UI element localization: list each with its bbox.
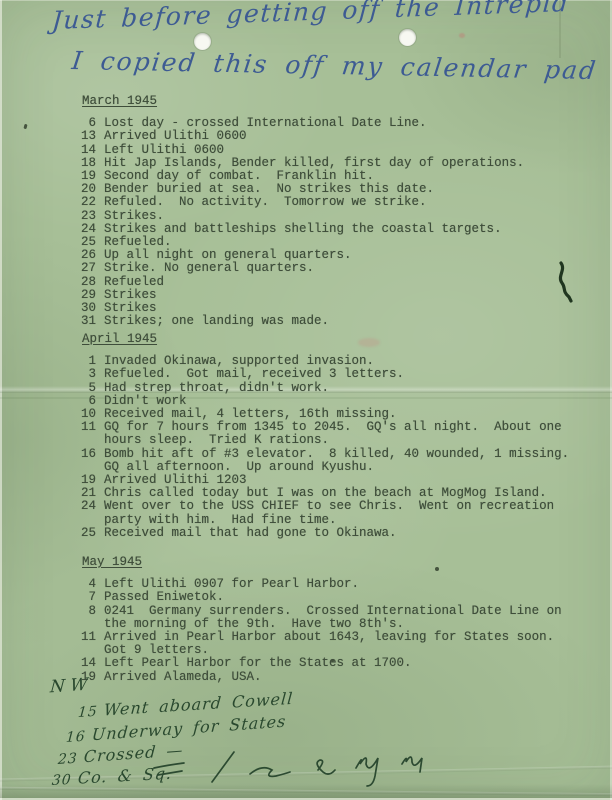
calendar-entry: 24 Went over to the USS CHIEF to see Chr…	[0, 500, 612, 526]
entry-day: 31	[0, 315, 96, 328]
calendar-entry: 13 Arrived Ulithi 0600	[0, 130, 612, 143]
entry-day: 14	[0, 144, 96, 157]
entry-text: GQ for 7 hours from 1345 to 2045. GQ's a…	[104, 421, 612, 447]
calendar-entry: 7 Passed Eniwetok.	[0, 591, 612, 604]
entry-text: Went over to the USS CHIEF to see Chris.…	[104, 500, 612, 526]
entry-list: 1 Invaded Okinawa, supported invasion. 3…	[0, 355, 612, 540]
entry-text: Refuled. No activity. Tomorrow we strike…	[104, 196, 612, 209]
footer-entry-day: 16	[65, 728, 92, 746]
entry-text: Strikes and battleships shelling the coa…	[104, 223, 612, 236]
calendar-entry: 22 Refuled. No activity. Tomorrow we str…	[0, 196, 612, 209]
entry-text: Arrived Alameda, USA.	[104, 671, 612, 684]
entry-text: Arrived in Pearl Harbor about 1643, leav…	[104, 631, 612, 657]
entry-list: 4 Left Ulithi 0907 for Pearl Harbor. 7 P…	[0, 578, 612, 684]
entry-text: Arrived Ulithi 0600	[104, 130, 612, 143]
calendar-entry: 5 Had strep throat, didn't work.	[0, 382, 612, 395]
footer-entry-day: 15	[77, 703, 104, 721]
entry-text: Strikes; one landing was made.	[104, 315, 612, 328]
scanned-diary-page: Just before getting off the Intrepid I c…	[0, 0, 612, 800]
calendar-entry: 8 0241 Germany surrenders. Crossed Inter…	[0, 605, 612, 631]
calendar-entry: 28 Refueled	[0, 276, 612, 289]
entry-text: Strikes.	[104, 210, 612, 223]
handwritten-footer-mark: N W	[49, 675, 88, 698]
entry-day: 27	[0, 262, 96, 275]
entry-text: Received mail that had gone to Okinawa.	[104, 527, 612, 540]
entry-day: 16	[0, 448, 96, 474]
typed-calendar-content: March 1945 6 Lost day - crossed Internat…	[0, 0, 612, 800]
entry-text: Strike. No general quarters.	[104, 262, 612, 275]
calendar-entry: 31 Strikes; one landing was made.	[0, 315, 612, 328]
month-section: May 1945 4 Left Ulithi 0907 for Pearl Ha…	[0, 556, 612, 684]
entry-day: 22	[0, 196, 96, 209]
calendar-entry: 25 Received mail that had gone to Okinaw…	[0, 527, 612, 540]
entry-day: 8	[0, 605, 96, 631]
month-heading: March 1945	[82, 95, 612, 108]
entry-text: Left Ulithi 0600	[104, 144, 612, 157]
entry-day: 24	[0, 500, 96, 526]
illegible-ink-scrawl	[150, 742, 450, 800]
month-heading: April 1945	[82, 333, 612, 346]
entry-day: 25	[0, 527, 96, 540]
calendar-entry: 14 Left Ulithi 0600	[0, 144, 612, 157]
entry-day: 3	[0, 368, 96, 381]
entry-day: 23	[0, 210, 96, 223]
entry-text: Bomb hit aft of #3 elevator. 8 killed, 4…	[104, 448, 612, 474]
entry-list: 6 Lost day - crossed International Date …	[0, 117, 612, 328]
month-heading: May 1945	[82, 556, 612, 569]
entry-day: 11	[0, 421, 96, 447]
entry-day: 11	[0, 631, 96, 657]
month-section: April 1945 1 Invaded Okinawa, supported …	[0, 333, 612, 540]
calendar-entry: 14 Left Pearl Harbor for the States at 1…	[0, 657, 612, 670]
entry-text: 0241 Germany surrenders. Crossed Interna…	[104, 605, 612, 631]
calendar-entry: 27 Strike. No general quarters.	[0, 262, 612, 275]
entry-text: Refueled. Got mail, received 3 letters.	[104, 368, 612, 381]
entry-text: Had strep throat, didn't work.	[104, 382, 612, 395]
calendar-entry: 11 Arrived in Pearl Harbor about 1643, l…	[0, 631, 612, 657]
entry-text: Strikes	[104, 289, 612, 302]
month-section: March 1945 6 Lost day - crossed Internat…	[0, 95, 612, 328]
calendar-entry: 16 Bomb hit aft of #3 elevator. 8 killed…	[0, 448, 612, 474]
entry-day: 1	[0, 355, 96, 368]
calendar-entry: 3 Refueled. Got mail, received 3 letters…	[0, 368, 612, 381]
entry-day: 5	[0, 382, 96, 395]
entry-text: Refueled	[104, 276, 612, 289]
footer-entry-day: 23	[57, 750, 84, 768]
calendar-entry: 19 Arrived Alameda, USA.	[0, 671, 612, 684]
entry-day: 7	[0, 591, 96, 604]
entry-day: 28	[0, 276, 96, 289]
calendar-entry: 11 GQ for 7 hours from 1345 to 2045. GQ'…	[0, 421, 612, 447]
entry-day: 13	[0, 130, 96, 143]
footer-entry-day: 30	[51, 772, 78, 789]
entry-text: Left Pearl Harbor for the States at 1700…	[104, 657, 612, 670]
calendar-entry: 23 Strikes.	[0, 210, 612, 223]
entry-day: 4	[0, 578, 96, 591]
entry-text: Passed Eniwetok.	[104, 591, 612, 604]
entry-day: 14	[0, 657, 96, 670]
